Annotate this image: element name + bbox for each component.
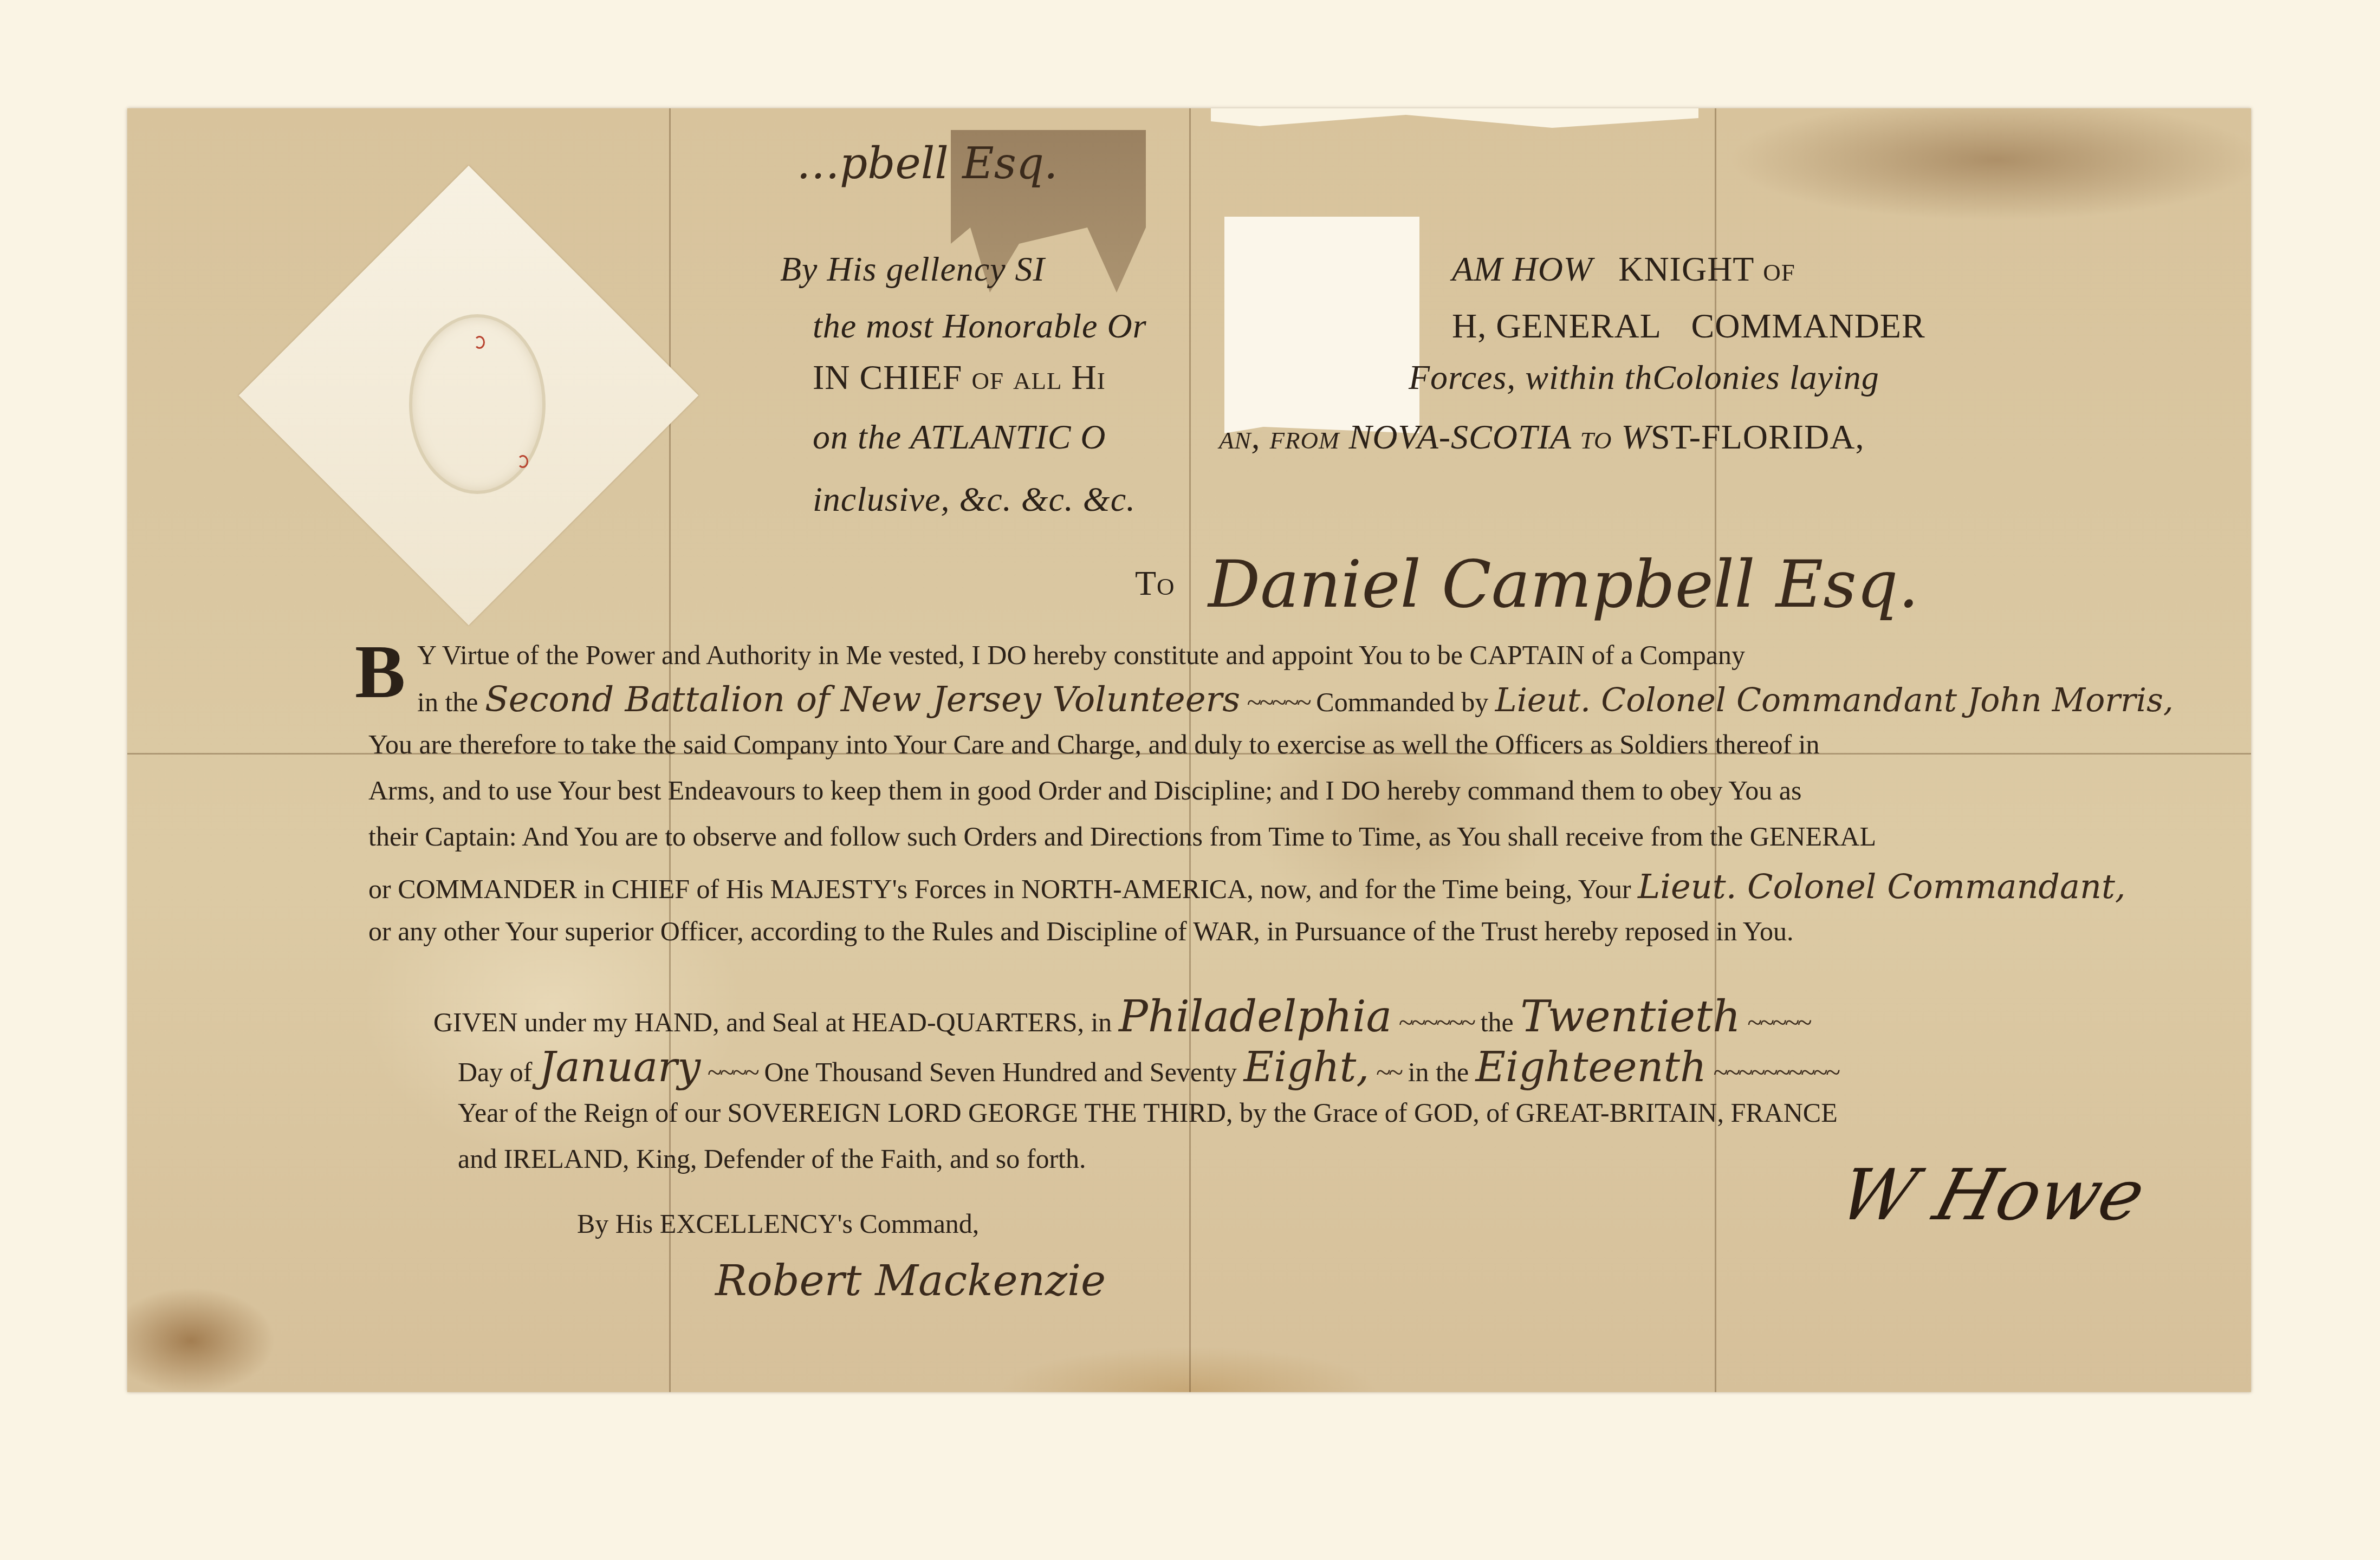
to-label: To: [1135, 563, 1175, 603]
heading-line-4-right: an, from NOVA-SCOTIA to WST-FLORIDA,: [1219, 417, 1864, 457]
seal-red-mark: [517, 455, 528, 468]
seal-red-mark: [474, 336, 485, 349]
heading-line-5: inclusive, &c. &c. &c.: [813, 479, 1136, 519]
heading-line-1-right: AM HOW KNIGHT of: [1452, 249, 1795, 289]
heading-line-4: on the ATLANTIC O: [813, 417, 1106, 457]
heading-line-1: By His gellency SI: [780, 249, 1045, 289]
recipient-name: Daniel Campbell Esq.: [1208, 547, 1919, 622]
given-line-3: Year of the Reign of our SOVEREIGN LORD …: [458, 1097, 1838, 1128]
body-line-5: their Captain: And You are to observe an…: [368, 821, 1876, 852]
given-line-1: GIVEN under my HAND, and Seal at HEAD-QU…: [433, 991, 1810, 1042]
heading-line-2-right: H, GENERAL COMMANDER: [1452, 306, 1925, 346]
general-signature: W Howe: [1831, 1154, 2154, 1236]
given-line-4: and IRELAND, King, Defender of the Faith…: [458, 1143, 1086, 1174]
body-line-6: or COMMANDER in CHIEF of His MAJESTY's F…: [368, 867, 2126, 906]
drop-cap: B: [355, 628, 405, 716]
missing-paper-hole: [1224, 217, 1419, 433]
endorsement: …pbell Esq.: [796, 138, 1058, 188]
given-line-2: Day of January ~~~~ One Thousand Seven H…: [458, 1043, 1838, 1091]
command-line: By His EXCELLENCY's Command,: [577, 1208, 979, 1239]
heading-line-3-right: Forces, within thColonies laying: [1409, 357, 1879, 398]
secretary-signature: Robert Mackenzie: [715, 1257, 1106, 1305]
body-line-2: in the Second Battalion of New Jersey Vo…: [417, 680, 2174, 720]
heading-line-3: IN CHIEF of all Hi: [813, 357, 1106, 398]
heading-line-2: the most Honorable Or: [813, 306, 1147, 346]
torn-edge: [1211, 108, 1698, 141]
body-line-7: or any other Your superior Officer, acco…: [368, 915, 1793, 947]
body-line-1: Y Virtue of the Power and Authority in M…: [417, 639, 1745, 671]
body-line-3: You are therefore to take the said Compa…: [368, 729, 1820, 760]
body-line-4: Arms, and to use Your best Endeavours to…: [368, 775, 1801, 806]
